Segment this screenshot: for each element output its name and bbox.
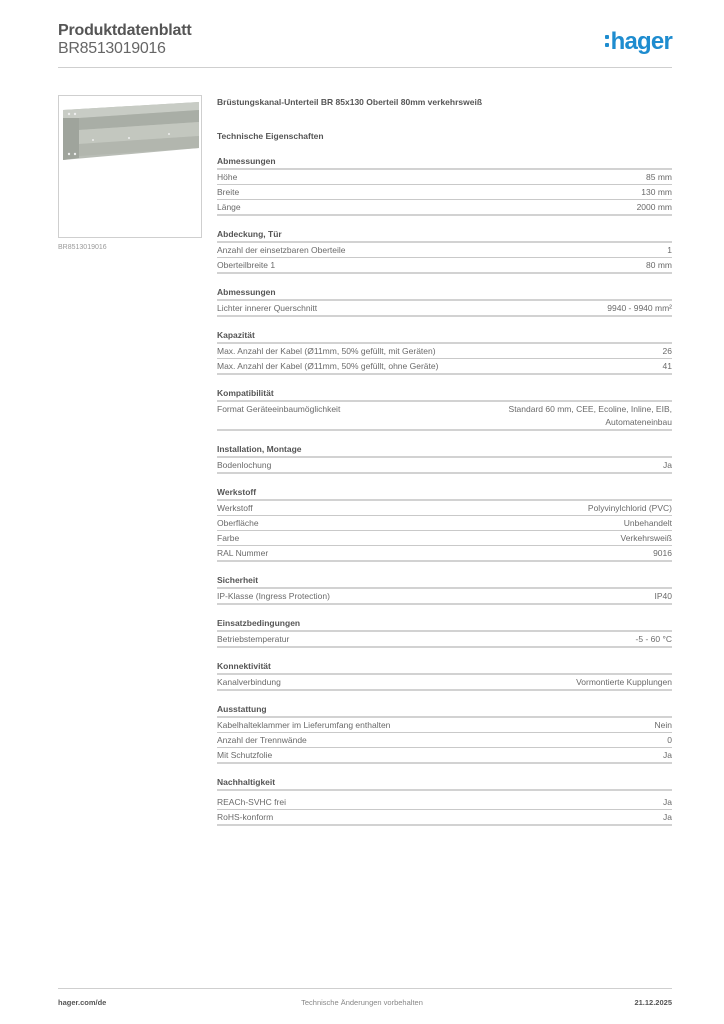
spec-value: -5 - 60 °C xyxy=(636,633,672,646)
spec-row: Kabelhalteklammer im Lieferumfang enthal… xyxy=(217,718,672,733)
spec-row: OberflächeUnbehandelt xyxy=(217,516,672,531)
spec-rows: Anzahl der einsetzbaren Oberteile1Oberte… xyxy=(217,243,672,274)
spec-rows: Format GeräteeinbaumöglichkeitStandard 6… xyxy=(217,402,672,431)
product-name: Brüstungskanal-Unterteil BR 85x130 Obert… xyxy=(217,95,672,109)
logo-text: hager xyxy=(611,28,672,55)
spec-label: Max. Anzahl der Kabel (Ø11mm, 50% gefüll… xyxy=(217,360,438,373)
spec-group-title: Abdeckung, Tür xyxy=(217,228,672,243)
spec-group: KonnektivitätKanalverbindungVormontierte… xyxy=(217,660,672,691)
spec-row: Max. Anzahl der Kabel (Ø11mm, 50% gefüll… xyxy=(217,344,672,359)
spec-row: Anzahl der einsetzbaren Oberteile1 xyxy=(217,243,672,258)
spec-group-title: Sicherheit xyxy=(217,574,672,589)
spec-group: EinsatzbedingungenBetriebstemperatur-5 -… xyxy=(217,617,672,648)
spec-label: Mit Schutzfolie xyxy=(217,749,272,762)
spec-rows: KanalverbindungVormontierte Kupplungen xyxy=(217,675,672,691)
spec-group: WerkstoffWerkstoffPolyvinylchlorid (PVC)… xyxy=(217,486,672,562)
footer-disclaimer: Technische Änderungen vorbehalten xyxy=(0,998,724,1007)
spec-group-title: Abmessungen xyxy=(217,286,672,301)
spec-row: IP-Klasse (Ingress Protection)IP40 xyxy=(217,589,672,605)
spec-label: Breite xyxy=(217,186,239,199)
spec-group: AbmessungenLichter innerer Querschnitt99… xyxy=(217,286,672,317)
spec-value: 41 xyxy=(663,360,672,373)
spec-value: 85 mm xyxy=(646,171,672,184)
spec-group: NachhaltigkeitREACh-SVHC freiJaRoHS-konf… xyxy=(217,776,672,826)
spec-label: Anzahl der einsetzbaren Oberteile xyxy=(217,244,346,257)
spec-value: Nein xyxy=(655,719,672,732)
hager-logo: hager xyxy=(605,28,672,56)
spec-group-title: Abmessungen xyxy=(217,155,672,170)
spec-value: 130 mm xyxy=(641,186,672,199)
spec-group: KompatibilitätFormat Geräteeinbaumöglich… xyxy=(217,387,672,431)
spec-group: Abdeckung, TürAnzahl der einsetzbaren Ob… xyxy=(217,228,672,274)
spec-content: Brüstungskanal-Unterteil BR 85x130 Obert… xyxy=(217,95,672,826)
spec-value: 80 mm xyxy=(646,259,672,272)
spec-row: RoHS-konformJa xyxy=(217,810,672,826)
product-code: BR8513019016 xyxy=(58,40,166,58)
spec-group-title: Werkstoff xyxy=(217,486,672,501)
spec-row: Max. Anzahl der Kabel (Ø11mm, 50% gefüll… xyxy=(217,359,672,375)
spec-row: Anzahl der Trennwände0 xyxy=(217,733,672,748)
spec-group-title: Kompatibilität xyxy=(217,387,672,402)
spec-row: BodenlochungJa xyxy=(217,458,672,474)
spec-row: Lichter innerer Querschnitt9940 - 9940 m… xyxy=(217,301,672,317)
spec-label: Oberfläche xyxy=(217,517,259,530)
product-image xyxy=(58,95,202,238)
spec-value: Standard 60 mm, CEE, Ecoline, Inline, EI… xyxy=(472,403,672,429)
spec-group: AbmessungenHöhe85 mmBreite130 mmLänge200… xyxy=(217,155,672,216)
spec-rows: Betriebstemperatur-5 - 60 °C xyxy=(217,632,672,648)
spec-label: Farbe xyxy=(217,532,239,545)
spec-group: Installation, MontageBodenlochungJa xyxy=(217,443,672,474)
spec-value: Ja xyxy=(663,749,672,762)
spec-row: WerkstoffPolyvinylchlorid (PVC) xyxy=(217,501,672,516)
spec-value: 9940 - 9940 mm² xyxy=(607,302,672,315)
spec-groups: AbmessungenHöhe85 mmBreite130 mmLänge200… xyxy=(217,155,672,826)
spec-group-title: Installation, Montage xyxy=(217,443,672,458)
spec-group-title: Konnektivität xyxy=(217,660,672,675)
spec-value: Ja xyxy=(663,796,672,809)
spec-value: Ja xyxy=(663,459,672,472)
spec-rows: Höhe85 mmBreite130 mmLänge2000 mm xyxy=(217,170,672,216)
spec-label: Bodenlochung xyxy=(217,459,271,472)
spec-row: Breite130 mm xyxy=(217,185,672,200)
spec-group: AusstattungKabelhalteklammer im Lieferum… xyxy=(217,703,672,764)
spec-group: SicherheitIP-Klasse (Ingress Protection)… xyxy=(217,574,672,605)
spec-label: Länge xyxy=(217,201,241,214)
footer-date: 21.12.2025 xyxy=(634,998,672,1007)
spec-label: REACh-SVHC frei xyxy=(217,796,286,809)
spec-value: Unbehandelt xyxy=(624,517,672,530)
spec-row: REACh-SVHC freiJa xyxy=(217,795,672,810)
spec-rows: BodenlochungJa xyxy=(217,458,672,474)
spec-label: Höhe xyxy=(217,171,237,184)
spec-rows: WerkstoffPolyvinylchlorid (PVC)Oberfläch… xyxy=(217,501,672,562)
spec-label: Lichter innerer Querschnitt xyxy=(217,302,317,315)
spec-label: Anzahl der Trennwände xyxy=(217,734,307,747)
section-title: Technische Eigenschaften xyxy=(217,129,672,143)
spec-value: Polyvinylchlorid (PVC) xyxy=(588,502,672,515)
spec-label: Kabelhalteklammer im Lieferumfang enthal… xyxy=(217,719,390,732)
spec-group-title: Nachhaltigkeit xyxy=(217,776,672,791)
spec-label: RAL Nummer xyxy=(217,547,268,560)
spec-value: 9016 xyxy=(653,547,672,560)
spec-row: Länge2000 mm xyxy=(217,200,672,216)
spec-value: 26 xyxy=(663,345,672,358)
spec-group-title: Kapazität xyxy=(217,329,672,344)
spec-value: 0 xyxy=(667,734,672,747)
spec-label: Betriebstemperatur xyxy=(217,633,289,646)
spec-value: 2000 mm xyxy=(637,201,672,214)
spec-value: Verkehrsweiß xyxy=(621,532,673,545)
spec-group-title: Einsatzbedingungen xyxy=(217,617,672,632)
cable-duct-illustration xyxy=(59,96,201,237)
spec-rows: Max. Anzahl der Kabel (Ø11mm, 50% gefüll… xyxy=(217,344,672,375)
spec-group-title: Ausstattung xyxy=(217,703,672,718)
spec-row: Mit SchutzfolieJa xyxy=(217,748,672,764)
header-divider xyxy=(58,67,672,68)
spec-row: Format GeräteeinbaumöglichkeitStandard 6… xyxy=(217,402,672,431)
spec-row: Höhe85 mm xyxy=(217,170,672,185)
spec-row: RAL Nummer9016 xyxy=(217,546,672,562)
footer-divider xyxy=(58,988,672,989)
spec-label: Kanalverbindung xyxy=(217,676,281,689)
spec-rows: Lichter innerer Querschnitt9940 - 9940 m… xyxy=(217,301,672,317)
spec-label: Oberteilbreite 1 xyxy=(217,259,275,272)
spec-value: Ja xyxy=(663,811,672,824)
spec-row: KanalverbindungVormontierte Kupplungen xyxy=(217,675,672,691)
spec-label: Format Geräteeinbaumöglichkeit xyxy=(217,403,340,416)
spec-row: Oberteilbreite 180 mm xyxy=(217,258,672,274)
spec-value: 1 xyxy=(667,244,672,257)
spec-row: Betriebstemperatur-5 - 60 °C xyxy=(217,632,672,648)
page-header: Produktdatenblatt BR8513019016 hager xyxy=(58,20,672,68)
spec-value: Vormontierte Kupplungen xyxy=(576,676,672,689)
image-caption: BR8513019016 xyxy=(58,244,107,251)
spec-rows: Kabelhalteklammer im Lieferumfang enthal… xyxy=(217,718,672,764)
document-title: Produktdatenblatt xyxy=(58,22,192,40)
spec-row: FarbeVerkehrsweiß xyxy=(217,531,672,546)
spec-rows: IP-Klasse (Ingress Protection)IP40 xyxy=(217,589,672,605)
spec-label: Werkstoff xyxy=(217,502,253,515)
spec-value: IP40 xyxy=(655,590,673,603)
spec-label: RoHS-konform xyxy=(217,811,273,824)
spec-label: IP-Klasse (Ingress Protection) xyxy=(217,590,330,603)
spec-rows: REACh-SVHC freiJaRoHS-konformJa xyxy=(217,795,672,826)
spec-group: KapazitätMax. Anzahl der Kabel (Ø11mm, 5… xyxy=(217,329,672,375)
spec-label: Max. Anzahl der Kabel (Ø11mm, 50% gefüll… xyxy=(217,345,436,358)
